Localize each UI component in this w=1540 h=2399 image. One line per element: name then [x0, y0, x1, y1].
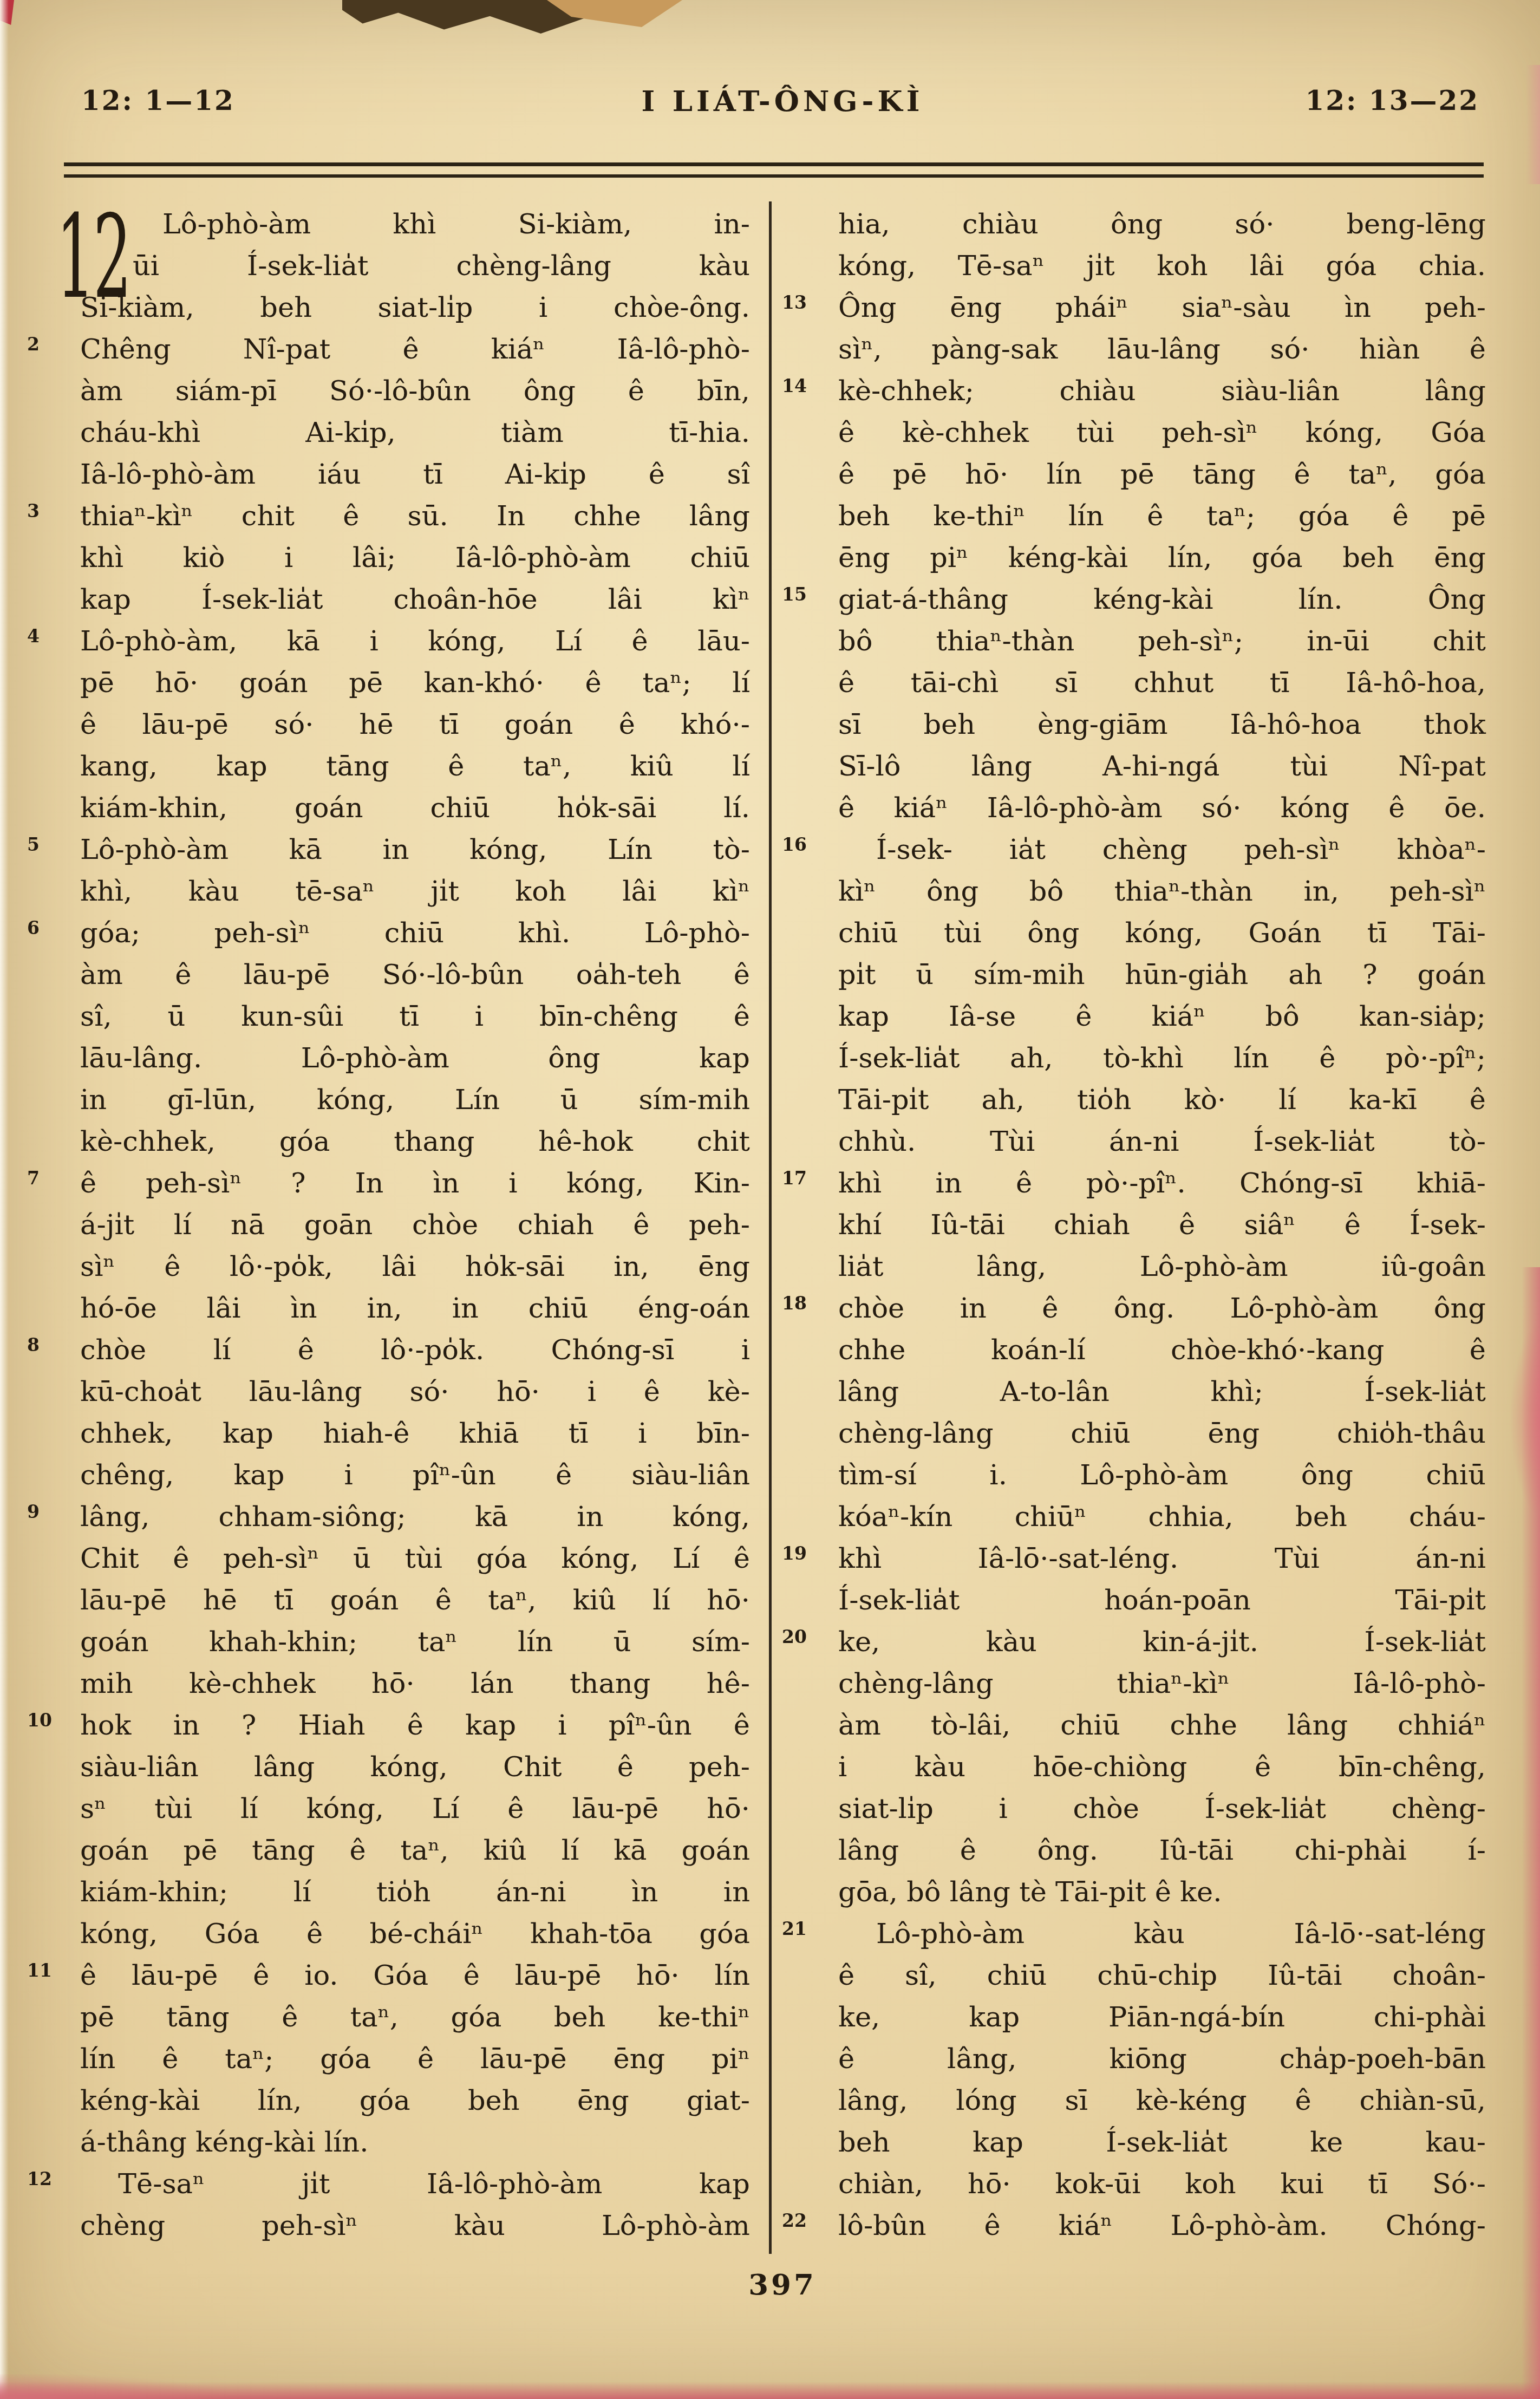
verse-text-line: ê tāi-chì sī chhut tī Iâ-hô-hoa,	[838, 662, 1486, 704]
verse-number: 7	[27, 1157, 40, 1199]
verse-number: 21	[782, 1908, 807, 1950]
verse-number: 12	[27, 2158, 52, 2200]
verse-text-line: 4Lô-phò-àm, kā i kóng, Lí ê lāu-	[80, 621, 750, 662]
verse-number: 5	[27, 824, 40, 865]
pink-edge-stain-bottom	[0, 2382, 1540, 2399]
verse-text-line: Í-sek-lia̍t hoán-poān Tāi-pi̍t	[838, 1580, 1486, 1621]
verse-text-line: pē hō· goán pē kan-khó· ê taⁿ; lí	[80, 662, 750, 704]
verse-text-line: chhe koán-lí chòe-khó·-kang ê	[838, 1329, 1486, 1371]
verse-number: 16	[782, 824, 807, 865]
page-number: 397	[748, 2268, 817, 2302]
torn-paper-fragment-dark	[342, 0, 597, 34]
verse-text-line: i kàu hōe-chiòng ê bīn-chêng,	[838, 1746, 1486, 1788]
verse-text-line: khì, kàu tē-saⁿ ji̍t koh lâi kìⁿ	[80, 871, 750, 912]
verse-text-line: Lô-phò-àm khì Si-kiàm, in-	[80, 204, 750, 245]
pink-edge-blob-bottom-left	[0, 2374, 227, 2399]
verse-text-line: kang, kap tāng ê taⁿ, kiû lí	[80, 746, 750, 787]
pink-edge-blob-right	[1510, 1316, 1540, 1522]
verse-text-line: àm tò-lâi, chiū chhe lâng chhiáⁿ	[838, 1705, 1486, 1746]
verse-text-line: 18chòe in ê ông. Lô-phò-àm ông	[838, 1288, 1486, 1329]
verse-number: 3	[27, 490, 40, 532]
verse-text-line: kū-choa̍t lāu-lâng só· hō· i ê kè-	[80, 1371, 750, 1413]
verse-text-line: kiám-khin; lí tio̍h án-ni ìn in	[80, 1872, 750, 1913]
verse-text-line: ê sî, chiū chū-chi̍p Iû-tāi choân-	[838, 1955, 1486, 1997]
verse-text-line: kè-chhek, góa thang hê-hok chit	[80, 1121, 750, 1163]
verse-text-line: siàu-liân lâng kóng, Chit ê peh-	[80, 1746, 750, 1788]
text-column-right: hia, chiàu ông só· beng-lēngkóng, Tē-saⁿ…	[838, 204, 1486, 2247]
verse-text-line: chèng-lâng thiaⁿ-kìⁿ Iâ-lô-phò-	[838, 1663, 1486, 1705]
verse-text-line: chèng peh-sìⁿ kàu Lô-phò-àm	[80, 2205, 750, 2247]
verse-text-line: 14kè-chhek; chiàu siàu-liân lâng	[838, 370, 1486, 412]
verse-text-line: sî, ū kun-sûi tī i bīn-chêng ê	[80, 996, 750, 1038]
verse-number: 9	[27, 1491, 40, 1533]
verse-text-line: ê pē hō· lín pē tāng ê taⁿ, góa	[838, 454, 1486, 496]
verse-text-line: 13Ông ēng pháiⁿ siaⁿ-sàu ìn peh-	[838, 287, 1486, 329]
verse-number: 8	[27, 1324, 40, 1366]
verse-text-line: kóng, Góa ê bé-cháiⁿ khah-tōa góa	[80, 1913, 750, 1955]
verse-text-line: khí Iû-tāi chiah ê siâⁿ ê Í-sek-	[838, 1204, 1486, 1246]
verse-text-line: kap Iâ-se ê kiáⁿ bô kan-sia̍p;	[838, 996, 1486, 1038]
verse-text-line: lâng ê ông. Iû-tāi chi-phài í-	[838, 1830, 1486, 1872]
verse-text-line: àm siám-pī Só·-lô-bûn ông ê bīn,	[80, 370, 750, 412]
verse-text-line: Iâ-lô-phò-àm iáu tī Ai-ki̍p ê sî	[80, 454, 750, 496]
verse-text-line: khì kiò i lâi; Iâ-lô-phò-àm chiū	[80, 537, 750, 579]
book-title: I LIÁT-ÔNG-KÌ	[642, 84, 924, 118]
verse-text-line: kéng-kài lín, góa beh ēng giat-	[80, 2080, 750, 2122]
verse-text-line: beh kap Í-sek-lia̍t ke kau-	[838, 2122, 1486, 2163]
verse-text-line: Tāi-pi̍t ah, tio̍h kò· lí ka-kī ê	[838, 1079, 1486, 1121]
verse-text-line: 12Tē-saⁿ ji̍t Iâ-lô-phò-àm kap	[80, 2163, 750, 2205]
pink-edge-stain-right	[1522, 1267, 1540, 2399]
verse-text-line: chiū tùi ông kóng, Goán tī Tāi-	[838, 912, 1486, 954]
verse-text-line: 6góa; peh-sìⁿ chiū khì. Lô-phò-	[80, 912, 750, 954]
verse-text-line: kóaⁿ-kín chiūⁿ chhia, beh cháu-	[838, 1496, 1486, 1538]
verse-number: 17	[782, 1157, 807, 1199]
verse-text-line: lāu-lâng. Lô-phò-àm ông kap	[80, 1038, 750, 1079]
verse-text-line: sìⁿ ê lô·-po̍k, lâi ho̍k-sāi in, ēng	[80, 1246, 750, 1288]
verse-number: 19	[782, 1533, 807, 1574]
verse-text-line: Í-sek-lia̍t ah, tò-khì lín ê pò·-pîⁿ;	[838, 1038, 1486, 1079]
verse-text-line: lâng, lóng sī kè-kéng ê chiàn-sū,	[838, 2080, 1486, 2122]
verse-text-line: chêng, kap i pîⁿ-ûn ê siàu-liân	[80, 1455, 750, 1496]
verse-text-line: ke, kap Piān-ngá-bín chi-phài	[838, 1997, 1486, 2038]
red-corner-mark	[0, 0, 14, 25]
verse-number: 20	[782, 1616, 807, 1658]
verse-text-line: lín ê taⁿ; góa ê lāu-pē ēng piⁿ	[80, 2038, 750, 2080]
verse-text-line: 10hok in ? Hiah ê kap i pîⁿ-ûn ê	[80, 1705, 750, 1746]
verse-text-line: ê kiáⁿ Iâ-lô-phò-àm só· kóng ê ōe.	[838, 787, 1486, 829]
verse-text-line: 19khì Iâ-lō·-sat-léng. Tùi án-ni	[838, 1538, 1486, 1580]
header-double-rule-top	[64, 162, 1484, 166]
verse-text-line: hia, chiàu ông só· beng-lēng	[838, 204, 1486, 245]
verse-text-line: 20ke, kàu kin-á-ji̍t. Í-sek-lia̍t	[838, 1621, 1486, 1663]
verse-text-line: ê kè-chhek tùi peh-sìⁿ kóng, Góa	[838, 412, 1486, 454]
verse-number: 22	[782, 2200, 807, 2241]
verse-text-line: sìⁿ, pàng-sak lāu-lâng só· hiàn ê	[838, 329, 1486, 370]
verse-number: 13	[782, 282, 807, 323]
column-divider	[769, 201, 772, 2254]
verse-text-line: mih kè-chhek hō· lán thang hê-	[80, 1663, 750, 1705]
header-verse-range-left: 12: 1—12	[81, 84, 235, 116]
verse-text-line: cháu-khì Ai-ki̍p, tiàm tī-hia.	[80, 412, 750, 454]
verse-text-line: chhek, kap hiah-ê khiā tī i bīn-	[80, 1413, 750, 1455]
verse-text-line: 7ê peh-sìⁿ ? In ìn i kóng, Kin-	[80, 1163, 750, 1204]
verse-text-line: sī beh èng-giām Iâ-hô-hoa thok	[838, 704, 1486, 746]
verse-text-line: goán pē tāng ê taⁿ, kiû lí kā goán	[80, 1830, 750, 1872]
verse-text-line: Si-kiàm, beh siat-li̍p i chòe-ông.	[80, 287, 750, 329]
verse-text-line: 21Lô-phò-àm kàu Iâ-lō·-sat-léng	[838, 1913, 1486, 1955]
verse-number: 4	[27, 615, 40, 657]
verse-number: 18	[782, 1282, 807, 1324]
verse-text-line: lia̍t lâng, Lô-phò-àm iû-goân	[838, 1246, 1486, 1288]
verse-text-line: 17khì in ê pò·-pîⁿ. Chóng-sī khiā-	[838, 1163, 1486, 1204]
verse-text-line: kap Í-sek-lia̍t choân-hōe lâi kìⁿ	[80, 579, 750, 621]
verse-text-line: á-ji̍t lí nā goān chòe chiah ê peh-	[80, 1204, 750, 1246]
verse-text-line: 8chòe lí ê lô·-po̍k. Chóng-sī i	[80, 1329, 750, 1371]
verse-text-line: kóng, Tē-saⁿ ji̍t koh lâi góa chia.	[838, 245, 1486, 287]
scanned-bible-page: 12: 1—12 I LIÁT-ÔNG-KÌ 12: 13—22 12 Lô-p…	[0, 0, 1540, 2399]
torn-paper-fragment-tan	[547, 0, 682, 27]
verse-text-line: 9lâng, chham-siông; kā in kóng,	[80, 1496, 750, 1538]
verse-text-line: 3thiaⁿ-kìⁿ chit ê sū. In chhe lâng	[80, 496, 750, 537]
verse-text-line: chiàn, hō· kok-ūi koh kui tī Só·-	[838, 2163, 1486, 2205]
verse-text-line: Sī-lô lâng A-hi-ngá tùi Nî-pat	[838, 746, 1486, 787]
verse-text-line: àm ê lāu-pē Só·-lô-bûn oa̍h-teh ê	[80, 954, 750, 996]
verse-text-line: Chit ê peh-sìⁿ ū tùi góa kóng, Lí ê	[80, 1538, 750, 1580]
verse-number: 14	[782, 365, 807, 407]
verse-text-line: ê lāu-pē só· hē tī goán ê khó·-	[80, 704, 750, 746]
verse-text-line: 16Í-sek- ia̍t chèng peh-sìⁿ khòaⁿ-	[838, 829, 1486, 871]
verse-text-line: ūi Í-sek-lia̍t chèng-lâng kàu	[80, 245, 750, 287]
verse-text-line: siat-li̍p i chòe Í-sek-lia̍t chèng-	[838, 1788, 1486, 1830]
pink-edge-stain-top-right	[1526, 65, 1540, 184]
verse-text-line: kìⁿ ông bô thiaⁿ-thàn in, peh-sìⁿ	[838, 871, 1486, 912]
verse-text-line: goán khah-khin; taⁿ lín ū sím-	[80, 1621, 750, 1663]
verse-text-line: kiám-khin, goán chiū ho̍k-sāi lí.	[80, 787, 750, 829]
verse-text-line: bô thiaⁿ-thàn peh-sìⁿ; in-ūi chit	[838, 621, 1486, 662]
verse-text-line: pē tāng ê taⁿ, góa beh ke-thiⁿ	[80, 1997, 750, 2038]
paper-edge-left	[0, 0, 9, 2399]
verse-text-line: chèng-lâng chiū ēng chio̍h-thâu	[838, 1413, 1486, 1455]
verse-number: 2	[27, 323, 40, 365]
verse-text-line: 22lô-bûn ê kiáⁿ Lô-phò-àm. Chóng-	[838, 2205, 1486, 2247]
verse-text-line: lāu-pē hē tī goán ê taⁿ, kiû lí hō·	[80, 1580, 750, 1621]
verse-text-line: 5Lô-phò-àm kā in kóng, Lín tò-	[80, 829, 750, 871]
verse-text-line: á-thâng kéng-kài lín.	[80, 2122, 750, 2163]
verse-number: 10	[27, 1699, 52, 1741]
verse-text-line: beh ke-thiⁿ lín ê taⁿ; góa ê pē	[838, 496, 1486, 537]
verse-text-line: sⁿ tùi lí kóng, Lí ê lāu-pē hō·	[80, 1788, 750, 1830]
verse-number: 6	[27, 907, 40, 949]
verse-text-line: in gī-lūn, kóng, Lín ū sím-mih	[80, 1079, 750, 1121]
verse-text-line: 15giat-á-thâng kéng-kài lín. Ông	[838, 579, 1486, 621]
verse-text-line: gōa, bô lâng tè Tāi-pi̍t ê ke.	[838, 1872, 1486, 1913]
verse-text-line: pi̍t ū sím-mih hūn-gia̍h ah ? goán	[838, 954, 1486, 996]
verse-number: 11	[27, 1950, 52, 1991]
verse-number: 15	[782, 573, 807, 615]
header-verse-range-right: 12: 13—22	[1305, 84, 1479, 116]
verse-text-line: hó-ōe lâi ìn in, in chiū éng-oán	[80, 1288, 750, 1329]
text-column-left: 12 Lô-phò-àm khì Si-kiàm, in-ūi Í-sek-li…	[80, 204, 750, 2247]
verse-text-line: lâng A-to-lân khì; Í-sek-lia̍t	[838, 1371, 1486, 1413]
verse-text-line: tìm-sí i. Lô-phò-àm ông chiū	[838, 1455, 1486, 1496]
verse-text-line: chhù. Tùi án-ni Í-sek-lia̍t tò-	[838, 1121, 1486, 1163]
verse-text-line: 11ê lāu-pē ê io. Góa ê lāu-pē hō· lín	[80, 1955, 750, 1997]
verse-text-line: ê lâng, kiōng cha̍p-poeh-bān	[838, 2038, 1486, 2080]
header-double-rule-bottom	[64, 174, 1484, 178]
verse-text-line: 2Chêng Nî-pat ê kiáⁿ Iâ-lô-phò-	[80, 329, 750, 370]
verse-text-line: ēng piⁿ kéng-kài lín, góa beh ēng	[838, 537, 1486, 579]
